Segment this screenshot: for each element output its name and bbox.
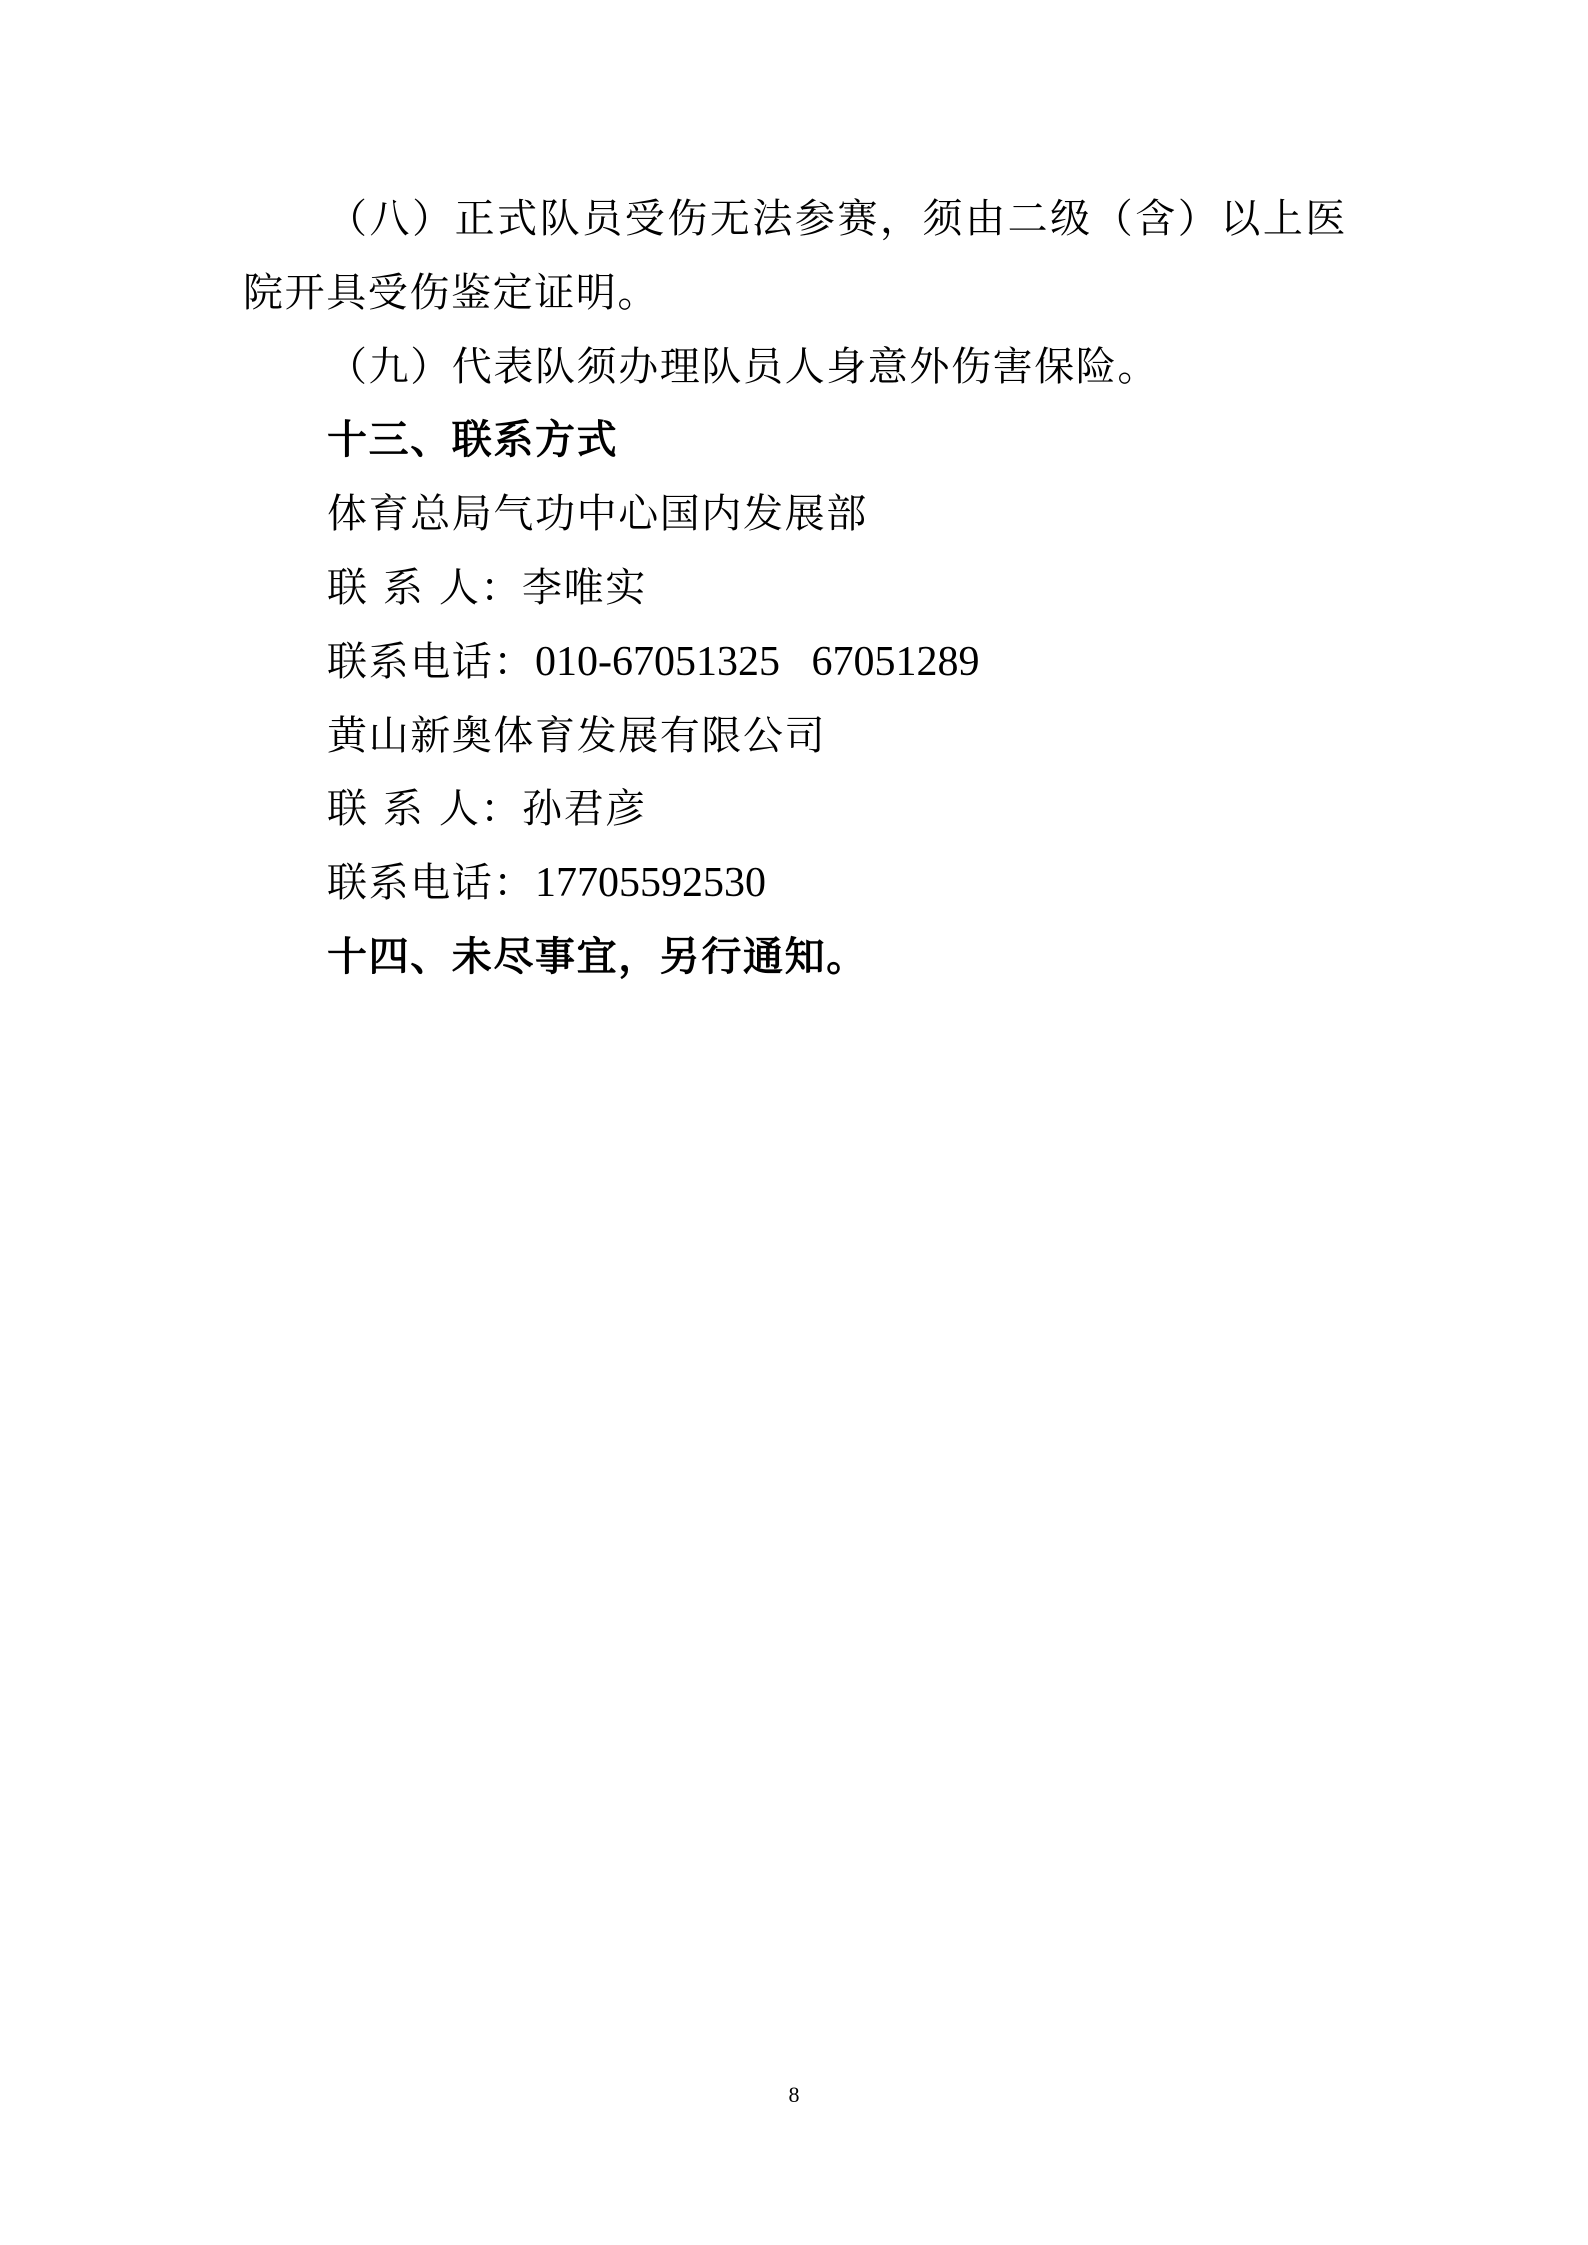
contact-organization: 体育总局气功中心国内发展部: [243, 478, 1347, 552]
contact-person-line: 联 系 人：孙君彦: [243, 773, 1347, 847]
contact-block-1: 体育总局气功中心国内发展部 联 系 人：李唯实 联系电话：010-6705132…: [243, 478, 1347, 699]
document-body: （八）正式队员受伤无法参赛，须由二级（含）以上医院开具受伤鉴定证明。 （九）代表…: [243, 183, 1347, 995]
contact-phone-label: 联系电话：: [327, 639, 535, 685]
paragraph-item-8: （八）正式队员受伤无法参赛，须由二级（含）以上医院开具受伤鉴定证明。: [243, 183, 1347, 331]
contact-phone-label: 联系电话：: [327, 860, 535, 906]
contact-person-label: 联 系 人：: [327, 565, 522, 611]
contact-phone-number: 17705592530: [535, 860, 766, 906]
contact-phone-line: 联系电话：010-67051325 67051289: [243, 626, 1347, 700]
page-number: 8: [0, 2082, 1588, 2108]
contact-person-line: 联 系 人：李唯实: [243, 552, 1347, 626]
contact-block-2: 黄山新奥体育发展有限公司 联 系 人：孙君彦 联系电话：17705592530: [243, 700, 1347, 921]
section-13-heading: 十三、联系方式: [243, 404, 1347, 478]
document-page: （八）正式队员受伤无法参赛，须由二级（含）以上医院开具受伤鉴定证明。 （九）代表…: [0, 0, 1588, 2245]
paragraph-item-9: （九）代表队须办理队员人身意外伤害保险。: [243, 331, 1347, 405]
section-14-heading: 十四、未尽事宜，另行通知。: [243, 921, 1347, 995]
contact-phone-line: 联系电话：17705592530: [243, 847, 1347, 921]
contact-person-name: 孙君彦: [522, 786, 647, 832]
contact-person-label: 联 系 人：: [327, 786, 522, 832]
contact-organization: 黄山新奥体育发展有限公司: [243, 700, 1347, 774]
contact-person-name: 李唯实: [522, 565, 647, 611]
contact-phone-number: 010-67051325 67051289: [535, 639, 980, 685]
